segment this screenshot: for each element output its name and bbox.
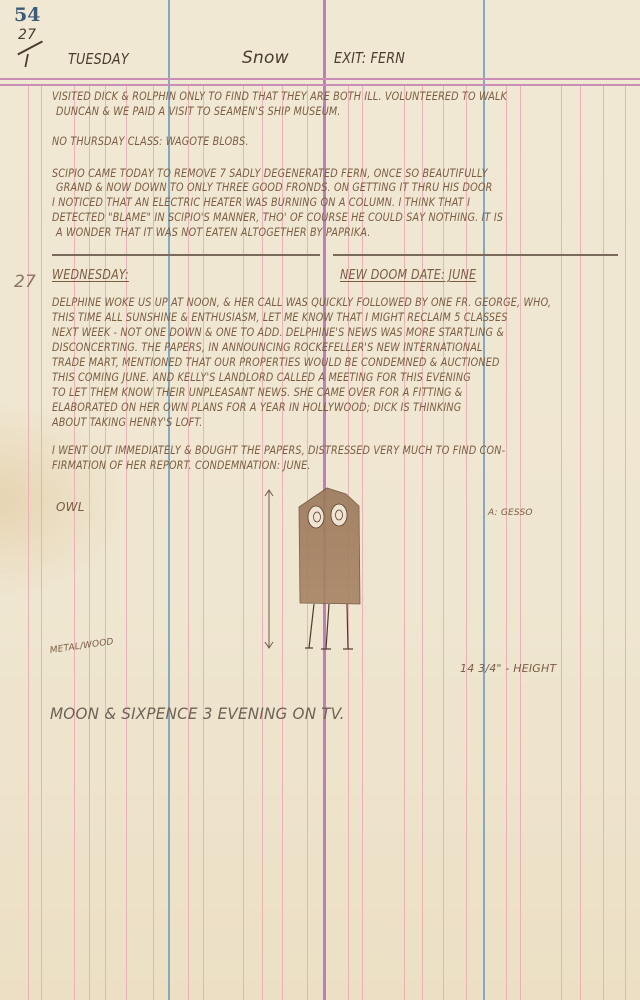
entry-divider <box>333 254 618 256</box>
entry-line: I WENT OUT IMMEDIATELY & BOUGHT THE PAPE… <box>52 444 505 457</box>
entry-line: VISITED DICK & ROLPHIN ONLY TO FIND THAT… <box>52 90 507 103</box>
sketch-title: OWL <box>56 500 85 514</box>
header-rule <box>0 78 640 80</box>
date-day-number: 27 <box>18 27 36 43</box>
entry-divider <box>52 254 320 256</box>
wednesday-date: 27 <box>14 272 36 292</box>
entry-line: ELABORATED ON HER OWN PLANS FOR A YEAR I… <box>52 401 461 414</box>
entry-line: DELPHINE WOKE US UP AT NOON, & HER CALL … <box>52 296 551 309</box>
date-fraction: 27 I <box>16 27 56 77</box>
sketch-finish-label: A: GESSO <box>488 508 533 518</box>
owl-figure-drawing <box>290 486 390 656</box>
entry-line: A WONDER THAT IT WAS NOT EATEN ALTOGETHE… <box>56 226 371 239</box>
owl-leg <box>309 604 314 648</box>
page-number: 54 <box>14 4 40 26</box>
entry-line: THIS COMING JUNE. AND KELLY'S LANDLORD C… <box>52 371 471 384</box>
ruling-line <box>41 84 42 1000</box>
ruling-line <box>28 84 29 1000</box>
wednesday-day: WEDNESDAY: <box>52 268 129 283</box>
owl-leg <box>326 604 329 649</box>
header-weather: Snow <box>242 48 289 68</box>
ruling-line <box>603 84 604 1000</box>
entry-line: GRAND & NOW DOWN TO ONLY THREE GOOD FRON… <box>56 181 492 194</box>
height-arrow-icon <box>262 488 276 650</box>
owl-eye-left <box>308 506 324 528</box>
ruling-line <box>625 84 626 1000</box>
ruling-line-blue <box>483 0 485 1000</box>
entry-line: I NOTICED THAT AN ELECTRIC HEATER WAS BU… <box>52 196 470 209</box>
ruling-line <box>520 84 521 1000</box>
header-day: TUESDAY <box>68 50 129 68</box>
ruling-line <box>580 84 581 1000</box>
owl-eye-right <box>331 504 347 526</box>
owl-body <box>299 488 360 604</box>
ruling-line <box>561 84 562 1000</box>
entry-line: DISCONCERTING. THE PAPERS, IN ANNOUNCING… <box>52 341 483 354</box>
entry-line: NO THURSDAY CLASS: WAGOTE BLOBS. <box>52 135 249 148</box>
entry-line: TO LET THEM KNOW THEIR UNPLEASANT NEWS. … <box>52 386 462 399</box>
owl-leg <box>347 604 348 649</box>
date-month-numeral: I <box>24 51 30 72</box>
entry-line: NEXT WEEK - NOT ONE DOWN & ONE TO ADD. D… <box>52 326 504 339</box>
entry-line: DETECTED "BLAME" IN SCIPIO'S MANNER, THO… <box>52 211 503 224</box>
wednesday-heading-note: NEW DOOM DATE: JUNE <box>340 268 476 283</box>
entry-line: TRADE MART, MENTIONED THAT OUR PROPERTIE… <box>52 356 500 369</box>
entry-line: ABOUT TAKING HENRY'S LOFT. <box>52 416 202 429</box>
header-rule <box>0 84 640 86</box>
ruling-line-blue <box>168 0 170 1000</box>
sketch-height-label: 14 3/4" - HEIGHT <box>460 662 556 675</box>
ledger-page: 54 27 I TUESDAY Snow EXIT: FERN VISITED … <box>0 0 640 1000</box>
entry-line: THIS TIME ALL SUNSHINE & ENTHUSIASM, LET… <box>52 311 508 324</box>
ruling-line <box>506 84 507 1000</box>
entry-line: SCIPIO CAME TODAY TO REMOVE 7 SADLY DEGE… <box>52 167 488 180</box>
footer-note: MOON & SIXPENCE 3 EVENING ON TV. <box>50 704 345 723</box>
entry-line: DUNCAN & WE PAID A VISIT TO SEAMEN'S SHI… <box>56 105 341 118</box>
header-exit-note: EXIT: FERN <box>334 49 405 67</box>
entry-line: FIRMATION OF HER REPORT. CONDEMNATION: J… <box>52 459 311 472</box>
